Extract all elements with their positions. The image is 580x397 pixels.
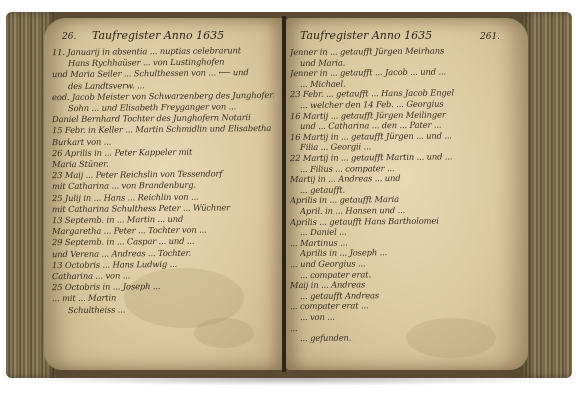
handwritten-line: 22 Martij in ... getaufft Martin ... und… [290,151,500,163]
handwritten-line: Burkart von ... [52,134,274,146]
handwritten-line: ... und Georgius ... [290,257,500,269]
handwritten-line: 15 Febr. in Keller ... Martin Schmidlin … [52,123,274,135]
page-header: Taufregister Anno 1635 [92,29,224,42]
book-gutter [282,16,286,372]
handwritten-line: und Verena ... Andreas ... Tochter. [52,246,274,258]
paper-stain [194,318,254,348]
right-page: Taufregister Anno 1635 261. Jenner in ..… [286,18,528,370]
right-page-block-edge [522,12,572,378]
page-number: 261. [480,32,500,42]
handwritten-line: und Maria Seiler ... Schulthessen von ..… [52,67,274,79]
handwritten-line: Jenner in ... getaufft Jürgen Meirhans [290,45,500,57]
handwritten-line: 13 Octobris ... Hans Ludwig ... [52,258,274,270]
left-page: 26. Taufregister Anno 1635 11. Januarij … [44,18,284,370]
handwritten-line: eod. Jacob Meister von Schwarzenberg des… [52,90,274,102]
handwritten-line: mit Catharina ... von Brandenburg. [52,179,274,191]
page-header: Taufregister Anno 1635 [300,29,432,42]
handwritten-line: 26 Aprilis in ... Peter Kappeler mit [52,146,274,158]
handwritten-line: mit Catharina Schulthess Peter ... Wüchn… [52,202,274,214]
handwritten-line: des Landtsverw. ... [68,79,274,91]
handwritten-line: 25 Julij in ... Hans ... Reichlin von ..… [52,190,274,202]
book-photo: 26. Taufregister Anno 1635 11. Januarij … [0,0,580,397]
page-number: 26. [62,32,76,42]
handwritten-line: Schultheiss ... [68,303,274,315]
handwritten-line: 29 Septemb. in ... Caspar ... und ... [52,235,274,247]
